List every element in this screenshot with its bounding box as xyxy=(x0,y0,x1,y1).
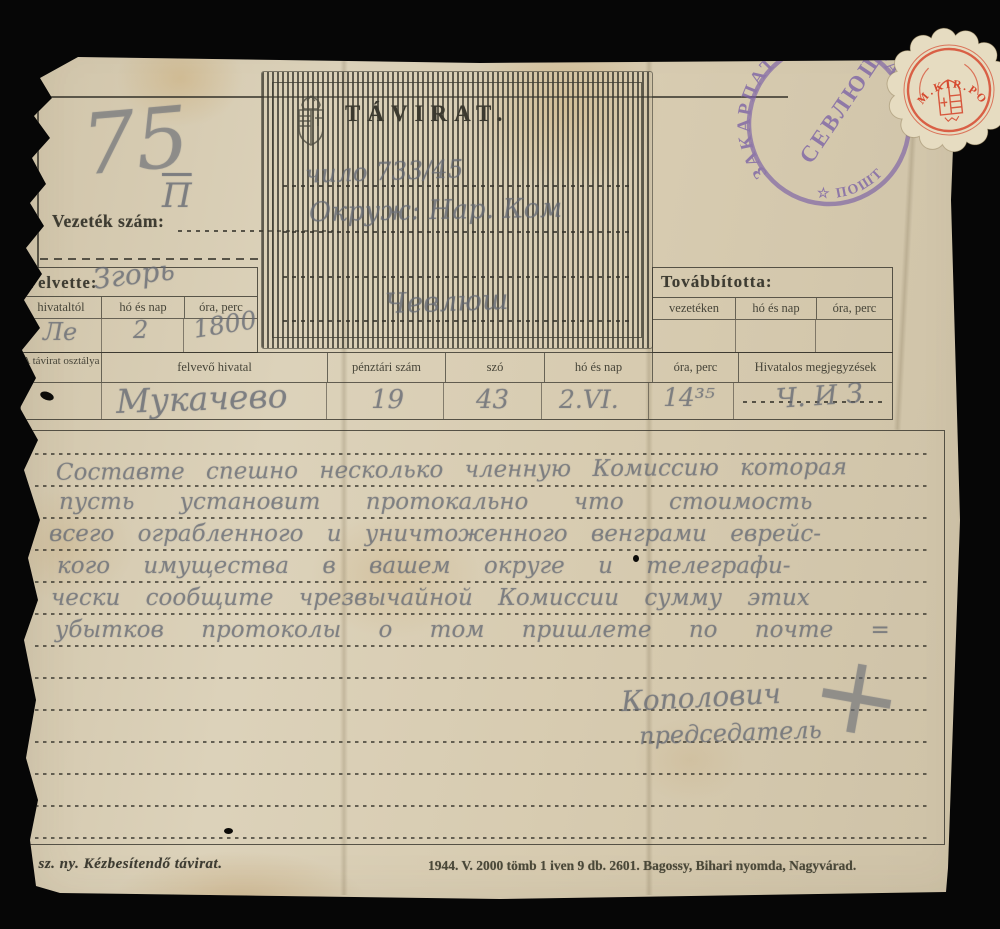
value-megjegyzesek: Ч. И З xyxy=(775,378,864,415)
tavirat-title: TÁVIRAT. xyxy=(345,101,509,127)
value-penztari-szam: 19 xyxy=(371,385,404,415)
main-table-head: A távirat osztálya felvevő hivatal pénzt… xyxy=(21,353,892,383)
tovabbitotta-label: Továbbította: xyxy=(661,272,773,292)
col-penztari-szam: pénztári szám xyxy=(327,353,445,382)
message-rule xyxy=(35,613,930,615)
felvette-col-divider xyxy=(101,319,102,352)
table-col-divider xyxy=(648,383,649,419)
table-col-divider xyxy=(101,383,102,419)
felvette-box: Felvette: Згорь hivataltól hó és nap óra… xyxy=(20,267,258,353)
felvette-label: Felvette: xyxy=(27,273,97,293)
footer-print-info: 1944. V. 2000 tömb 1 iven 9 db. 2601. Ba… xyxy=(428,858,856,874)
col-ora-perc: óra, perc xyxy=(652,353,738,382)
footer-form-number: 830. sz. ny. Kézbesítendő távirat. xyxy=(6,856,222,873)
message-line: Составте спешно несколько членную Комисс… xyxy=(56,454,847,486)
address-line-1: чило 733/45 xyxy=(305,154,464,189)
message-rule xyxy=(35,485,930,487)
tovabbitotta-head: vezetéken hó és nap óra, perc xyxy=(653,297,892,320)
left-rule xyxy=(37,96,39,268)
table-col-divider xyxy=(541,383,542,419)
message-rule xyxy=(35,517,930,519)
col-ora-perc: óra, perc xyxy=(816,298,892,319)
col-ho-es-nap: hó és nap xyxy=(544,353,652,382)
value-felvevo-hivatal: Мукачево xyxy=(115,376,288,421)
pencil-top-right-mark: 111 xyxy=(746,4,804,41)
signature: Кополович xyxy=(620,677,781,718)
address-line-3: Чевлюш xyxy=(384,283,509,320)
red-postal-seal: M.KIR.POSTA xyxy=(884,24,1000,156)
paper: 75 П 111 Vezeték szám: Felvette: Згорь h… xyxy=(0,0,1000,929)
coat-of-arms-icon xyxy=(291,93,331,149)
col-vezeteken: vezetéken xyxy=(653,298,735,319)
message-rule xyxy=(35,549,930,551)
vezetek-szam-label: Vezeték szám: xyxy=(52,211,164,232)
signature-title: председатель xyxy=(639,716,823,750)
address-rule xyxy=(283,276,629,278)
tovabbitotta-box: Továbbította: vezetéken hó és nap óra, p… xyxy=(652,267,893,353)
tavirat-frame: TÁVIRAT. чило 733/45 Окруж: Нар. Ком Чев… xyxy=(262,72,652,348)
col-ho-es-nap: hó és nap xyxy=(101,297,184,318)
tovabbitotta-col-divider xyxy=(815,320,816,352)
telegram-scan: 75 П 111 Vezeték szám: Felvette: Згорь h… xyxy=(0,0,1000,929)
value-ho-es-nap: 2.VI. xyxy=(559,385,619,414)
table-col-divider xyxy=(733,383,734,419)
ink-speck xyxy=(224,828,233,834)
message-rule xyxy=(35,709,930,711)
address-rule xyxy=(283,320,629,322)
message-rule xyxy=(35,645,930,647)
table-col-divider xyxy=(443,383,444,419)
message-box: Составте спешно несколько членную Комисс… xyxy=(20,430,945,845)
col-megjegyzesek: Hivatalos megjegyzések xyxy=(738,353,892,382)
message-line: кого имущества в вашем округе и телеграф… xyxy=(57,553,791,579)
address-line-2: Окруж: Нар. Ком xyxy=(309,193,563,228)
message-rule xyxy=(35,837,930,839)
felvette-value-day: 2 xyxy=(133,316,148,344)
pencil-roman-numeral: П xyxy=(162,176,192,216)
table-col-divider xyxy=(326,383,327,419)
message-rule xyxy=(35,677,930,679)
message-line: всего ограбленного и уничтоженного венгр… xyxy=(49,521,821,547)
message-line: чески сообщите чрезвычайной Комиссии сум… xyxy=(51,585,810,611)
address-rule xyxy=(283,185,629,187)
address-rule xyxy=(283,231,629,233)
ink-speck xyxy=(633,555,639,562)
col-szo: szó xyxy=(445,353,544,382)
message-line: пусть установит протокально что стоимост… xyxy=(59,489,812,515)
tavirat-inner: TÁVIRAT. чило 733/45 Окруж: Нар. Ком Чев… xyxy=(272,82,642,338)
felvette-col-divider xyxy=(183,319,184,352)
message-rule xyxy=(35,581,930,583)
stamp-center-text: СЕВЛЮШ xyxy=(794,44,889,168)
col-ho-es-nap: hó és nap xyxy=(735,298,816,319)
felvette-value-office: Ле xyxy=(43,318,77,346)
message-rule xyxy=(35,805,930,807)
col-hivataltol: hivataltól xyxy=(21,297,101,318)
value-ora-perc: 14³⁵ xyxy=(663,383,715,412)
main-table: A távirat osztálya felvevő hivatal pénzt… xyxy=(20,352,893,420)
col-osztalya: A távirat osztálya xyxy=(21,353,101,382)
value-szo: 43 xyxy=(476,385,509,415)
message-line: убытков протоколы о том пришлете по почт… xyxy=(55,617,890,643)
message-rule xyxy=(35,773,930,775)
tovabbitotta-col-divider xyxy=(735,320,736,352)
